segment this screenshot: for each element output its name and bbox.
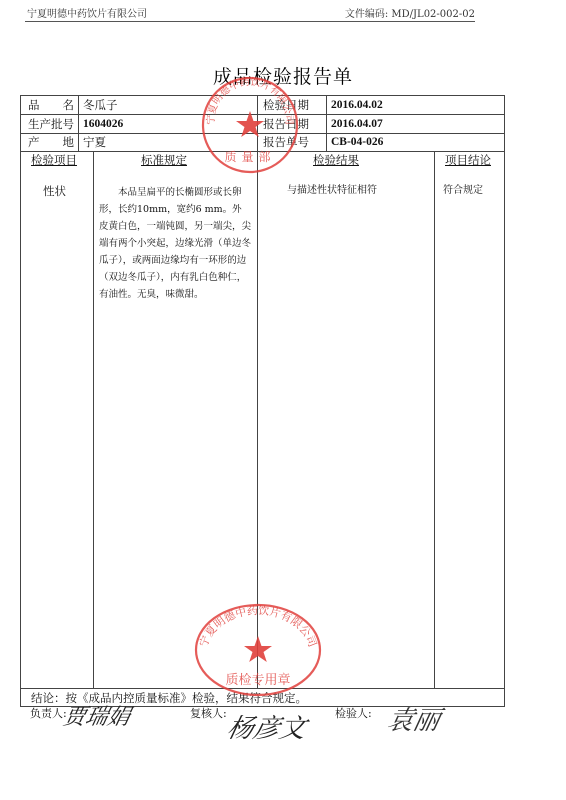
responsible-label: 负责人: xyxy=(30,705,67,721)
col-header-standard: 标准规定 xyxy=(141,151,187,169)
report-date-value: 2016.04.07 xyxy=(331,115,383,133)
inspect-date-value: 2016.04.02 xyxy=(331,96,383,114)
origin-label: 产 地 xyxy=(28,133,74,151)
col-header-conclusion: 项目结论 xyxy=(445,151,491,169)
batch-value: 1604026 xyxy=(83,115,123,133)
report-no-label: 报告单号 xyxy=(263,133,309,151)
reviewer-signature: 杨彦文 xyxy=(224,708,310,745)
page-title: 成品检验报告单 xyxy=(0,62,566,89)
inspector-label: 检验人: xyxy=(335,705,372,721)
responsible-signature: 贾瑞娟 xyxy=(61,700,134,731)
col-header-item: 检验项目 xyxy=(31,151,77,169)
reviewer-label: 复核人: xyxy=(190,705,227,721)
col-header-result: 检验结果 xyxy=(313,151,359,169)
inspection-report-table: 品 名 冬瓜子 生产批号 1604026 产 地 宁夏 检验日期 2016.04… xyxy=(20,95,505,707)
document-code: 文件编码: MD/JL02-002-02 xyxy=(345,5,475,20)
product-name-label: 品 名 xyxy=(28,96,74,114)
company-name: 宁夏明德中药饮片有限公司 xyxy=(27,5,147,20)
report-date-label: 报告日期 xyxy=(263,115,309,133)
row-item: 性状 xyxy=(43,182,66,200)
row-standard: 本品呈扁平的长椭圆形或长卵形，长约10mm，宽约6 mm。外皮黄白色，一端钝圆，… xyxy=(99,184,251,303)
row-conclusion: 符合规定 xyxy=(443,182,483,200)
inspect-date-label: 检验日期 xyxy=(263,96,309,114)
row-result: 与描述性状特征相符 xyxy=(287,182,377,200)
page-header: 宁夏明德中药饮片有限公司 文件编码: MD/JL02-002-02 xyxy=(25,0,475,22)
report-no-value: CB-04-026 xyxy=(331,133,383,151)
origin-value: 宁夏 xyxy=(83,133,106,151)
inspector-signature: 袁丽 xyxy=(384,700,444,737)
batch-label: 生产批号 xyxy=(28,115,74,133)
product-name-value: 冬瓜子 xyxy=(83,96,118,114)
